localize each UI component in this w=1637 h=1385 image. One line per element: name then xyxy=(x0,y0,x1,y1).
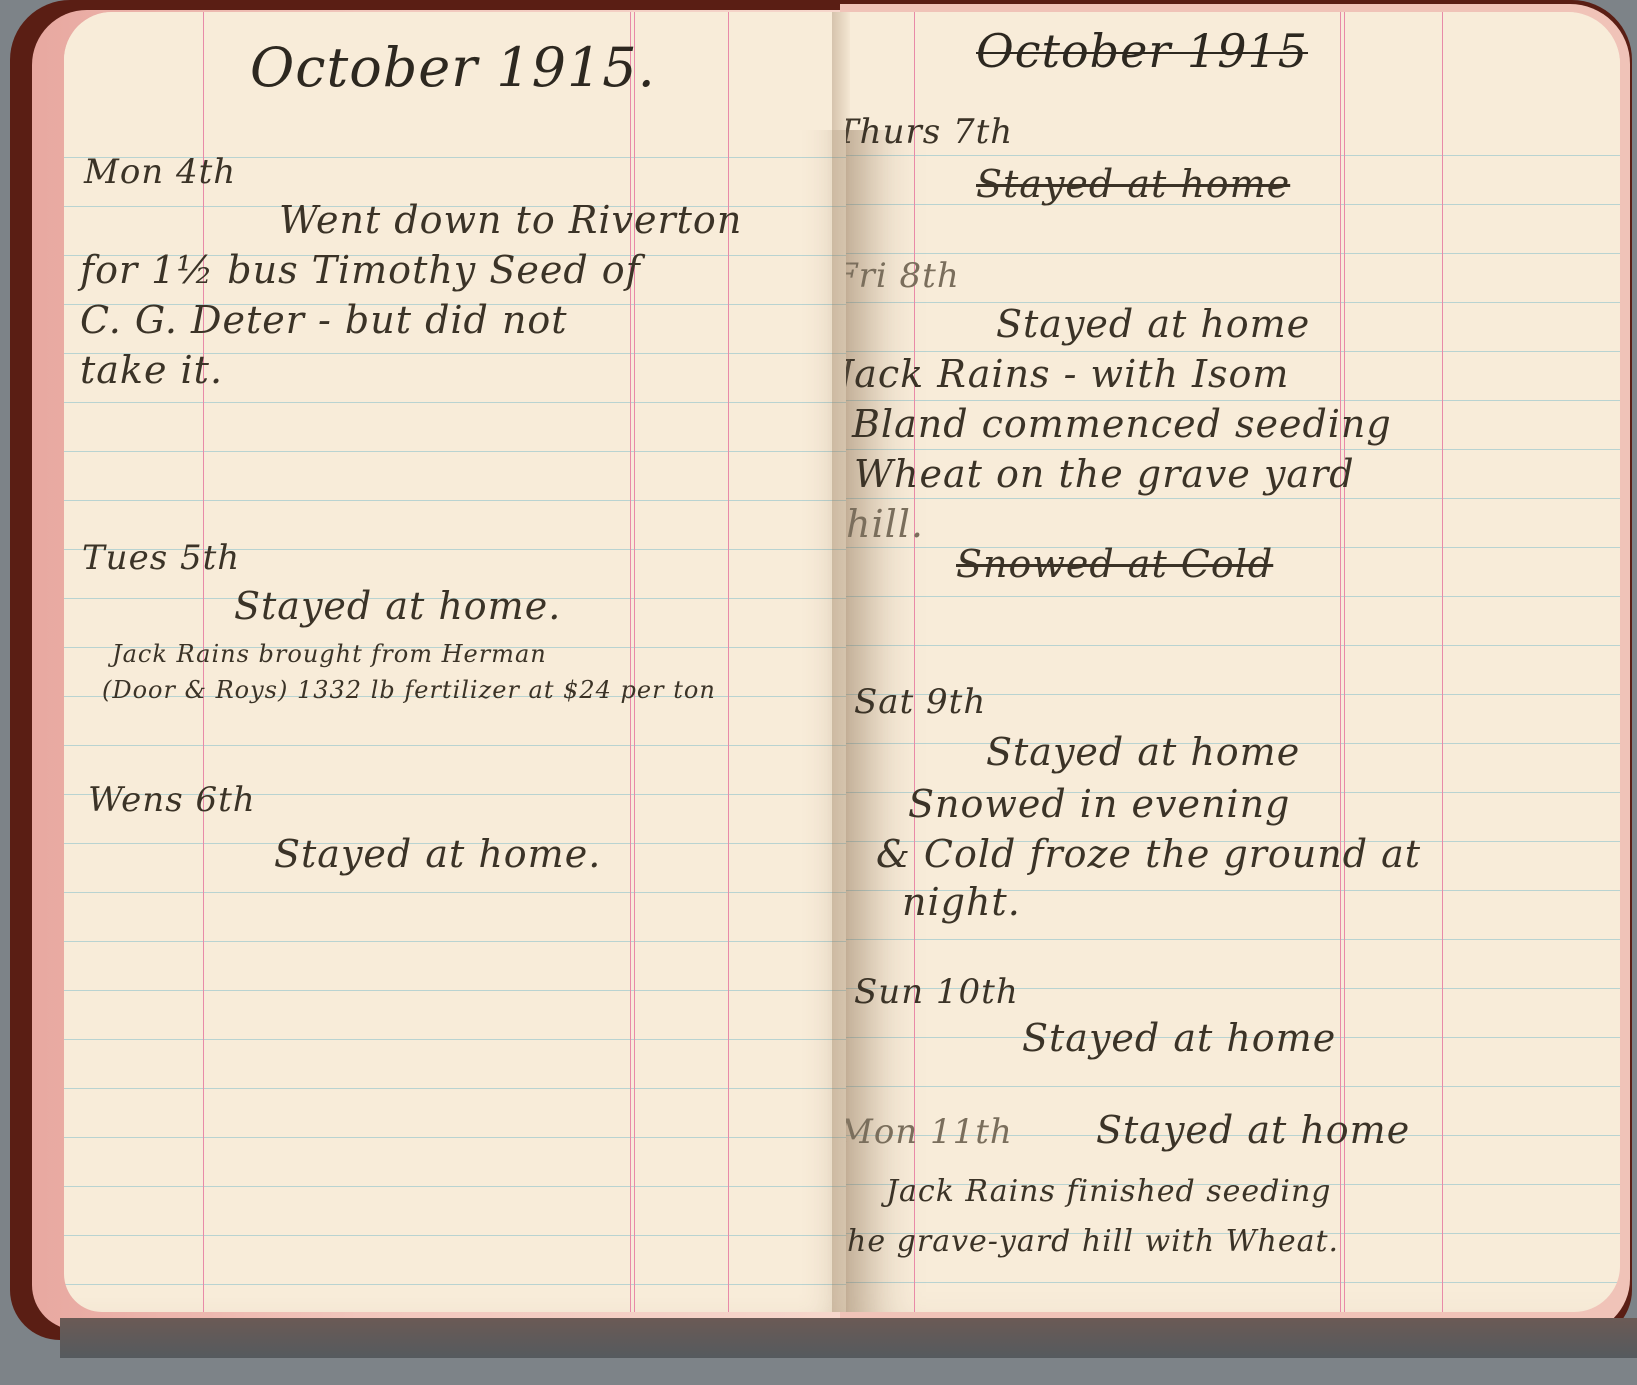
entry-line: Stayed at home. xyxy=(274,832,601,876)
entry-day-tues-5: Tues 5th xyxy=(82,538,240,578)
entry-line: Stayed at home xyxy=(1022,1016,1336,1060)
entry-line: Stayed at home xyxy=(996,302,1310,346)
page-heading: October 1915. xyxy=(250,36,656,99)
entry-line: Jack Rains finished seeding xyxy=(886,1174,1332,1209)
entry-day-wens-6: Wens 6th xyxy=(88,780,256,820)
entry-line: Stayed at home xyxy=(986,730,1300,774)
entry-day-sat-9: Sat 9th xyxy=(854,682,986,722)
entry-day-mon-4: Mon 4th xyxy=(84,152,236,192)
entry-line: Stayed at home xyxy=(976,162,1290,206)
page-heading: October 1915 xyxy=(976,24,1308,78)
entry-day-mon-11: Mon 11th xyxy=(846,1112,1013,1152)
entry-line: & Cold froze the ground at xyxy=(876,832,1421,876)
entry-line: Bland commenced seeding xyxy=(852,402,1392,446)
entry-line: hill. xyxy=(846,502,924,546)
entry-day-sun-10: Sun 10th xyxy=(854,972,1019,1012)
entry-line: take it. xyxy=(80,348,223,392)
entry-line: Jack Rains - with Isom xyxy=(846,352,1289,396)
entry-line: Stayed at home xyxy=(1096,1108,1410,1152)
entry-line: Stayed at home. xyxy=(234,584,561,628)
struck-line: Snowed at Cold xyxy=(956,542,1273,586)
entry-line: Jack Rains brought from Herman xyxy=(112,640,547,668)
entry-line: night. xyxy=(902,880,1021,924)
entry-line: Went down to Riverton xyxy=(279,198,742,242)
right-page: October 1915 Thurs 7th Stayed at home Fr… xyxy=(846,12,1620,1312)
entry-day-fri-8: Fri 8th xyxy=(846,256,960,296)
entry-day-thurs-7: Thurs 7th xyxy=(846,112,1013,152)
book-gutter xyxy=(832,12,850,1312)
book-bottom-edge xyxy=(60,1318,1637,1358)
entry-line: for 1½ bus Timothy Seed of xyxy=(80,248,641,292)
column-rule xyxy=(1442,12,1443,1312)
entry-line: (Door & Roys) 1332 lb fertilizer at $24 … xyxy=(102,676,716,704)
entry-line: Wheat on the grave yard xyxy=(854,452,1355,496)
left-page: October 1915. Mon 4th Went down to River… xyxy=(64,12,856,1312)
entry-line: the grave-yard hill with Wheat. xyxy=(846,1224,1339,1259)
entry-line: Snowed in evening xyxy=(908,782,1290,826)
entry-line: C. G. Deter - but did not xyxy=(80,298,568,342)
